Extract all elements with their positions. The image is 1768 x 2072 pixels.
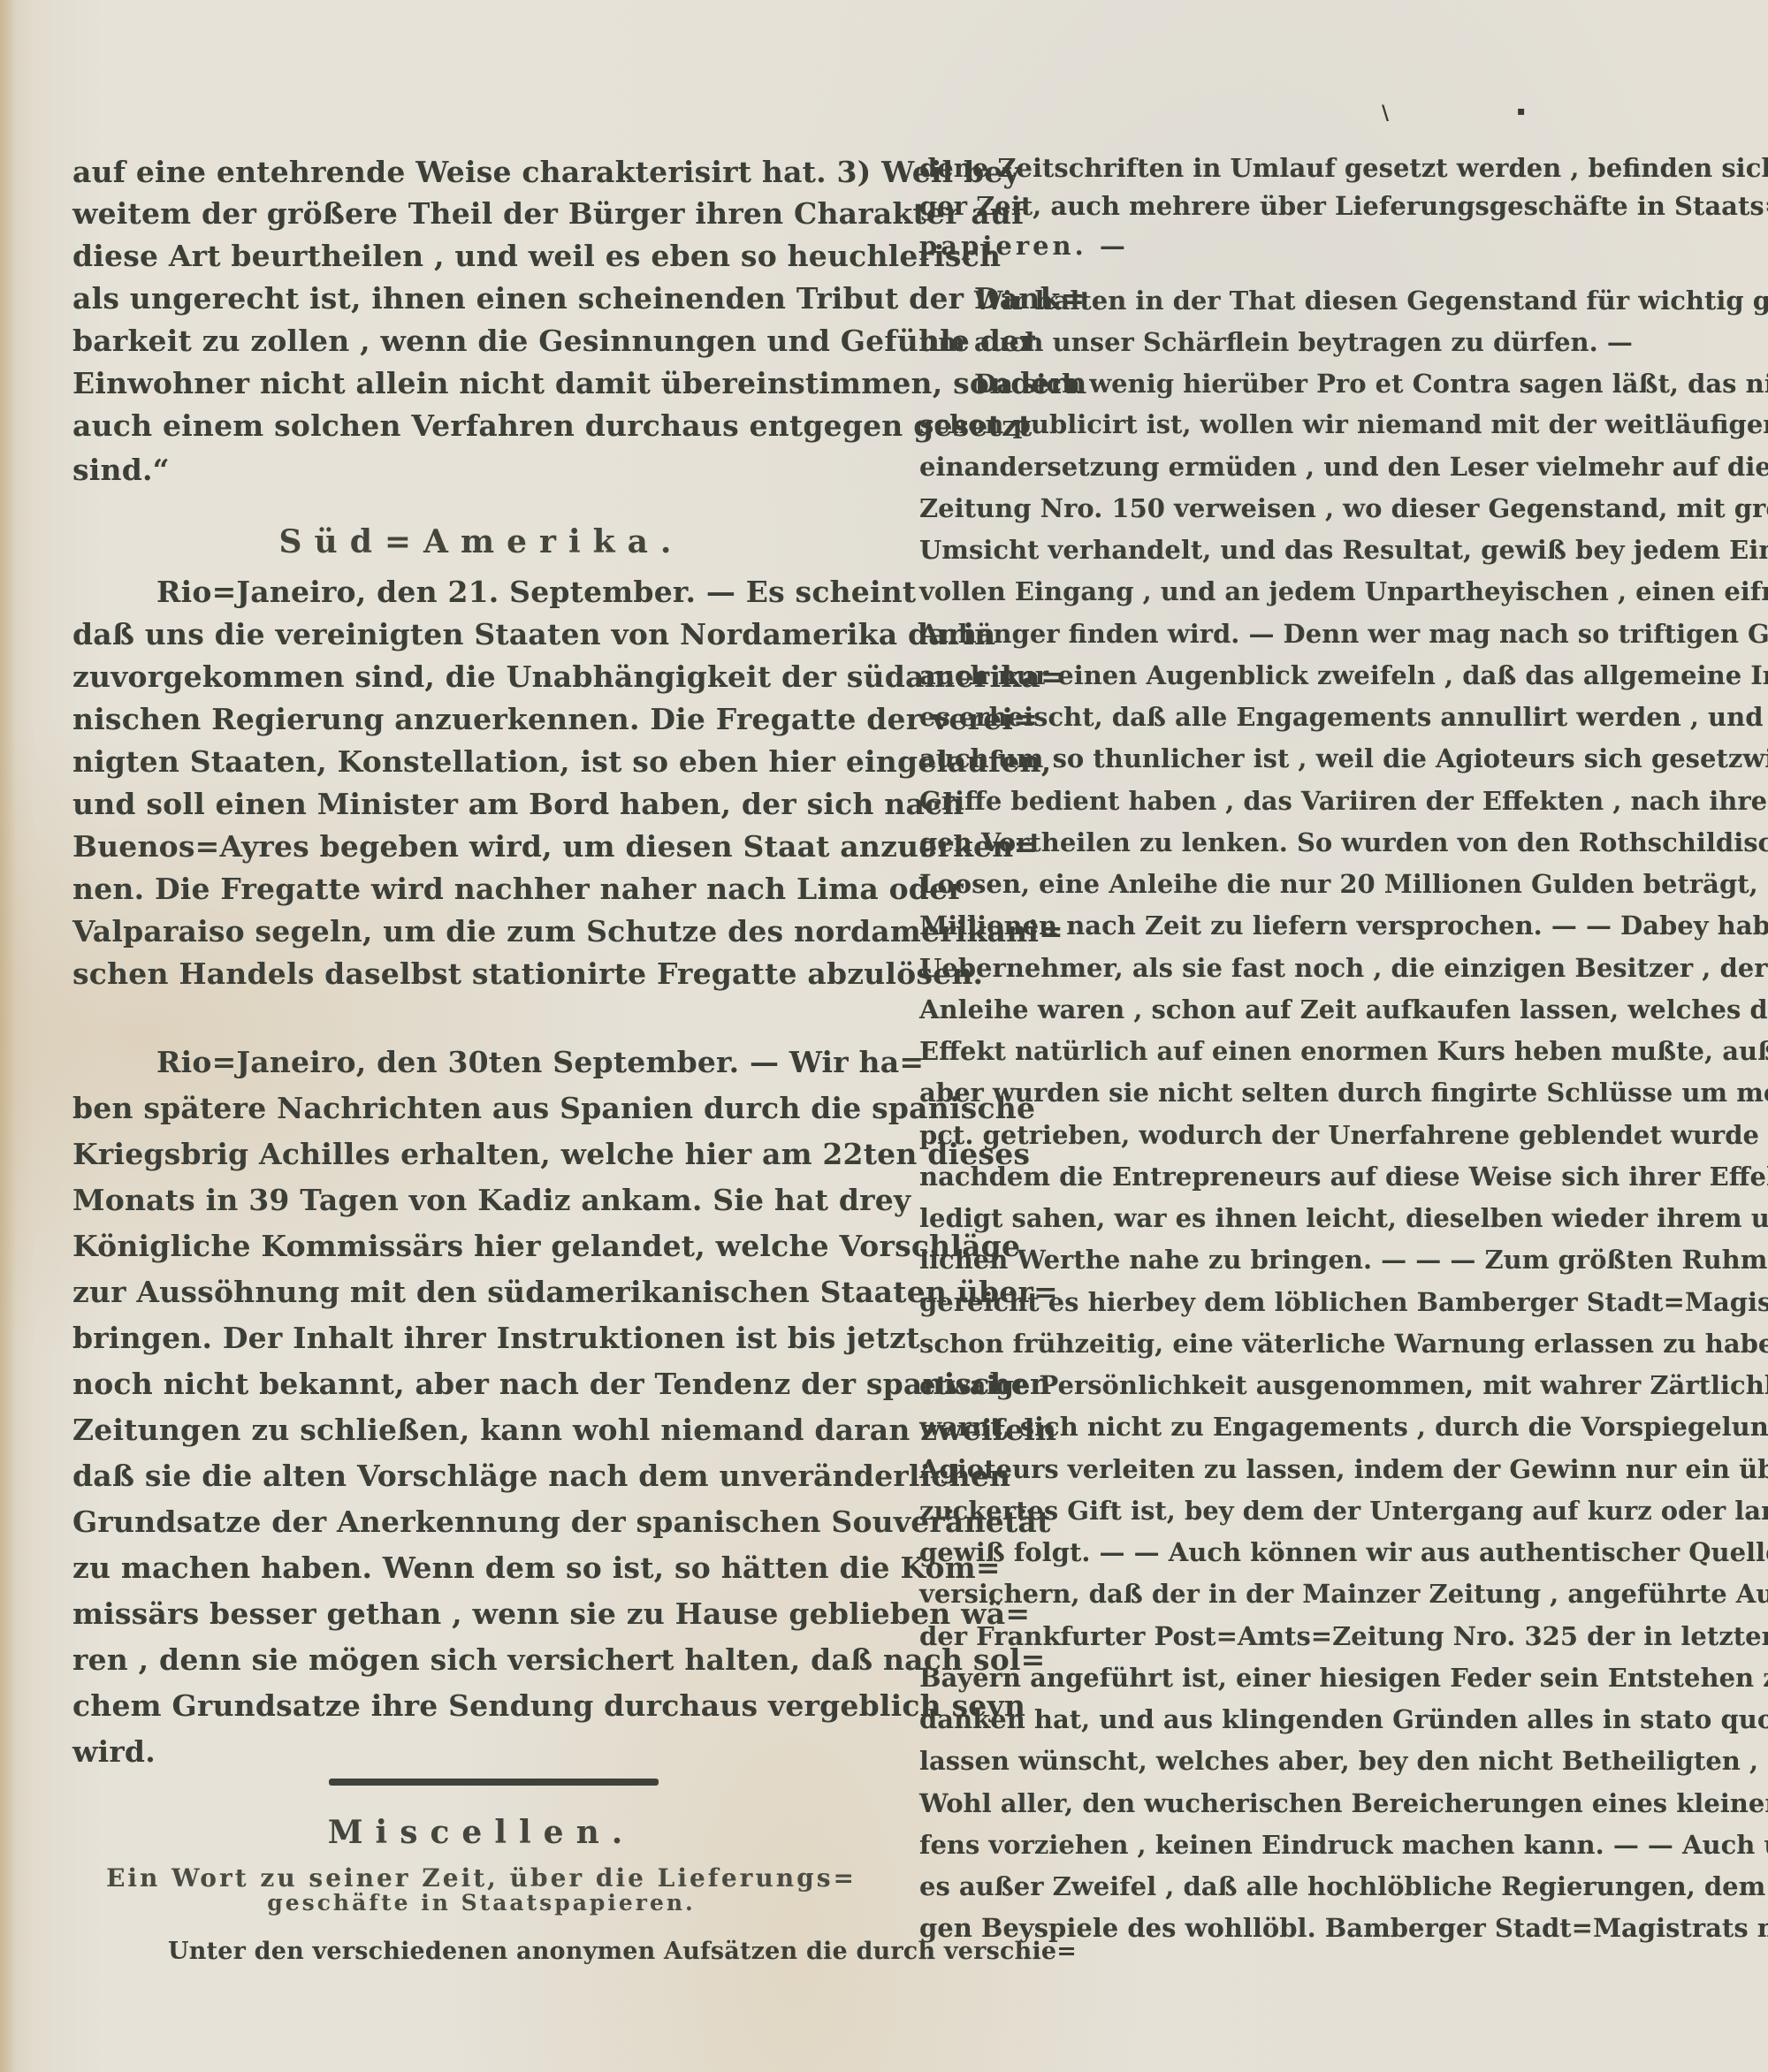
text-line: Effekt natürlich auf einen enormen Kurs … [919, 1033, 1731, 1069]
text-line: Griffe bedient haben , das Variiren der … [919, 783, 1731, 819]
text-line: nachdem die Entrepreneurs auf diese Weis… [919, 1159, 1731, 1194]
text-line: auf eine entehrende Weise charakterisirt… [72, 155, 890, 190]
text-line: Einwohner nicht allein nicht damit übere… [72, 366, 890, 401]
text-line: ger Zeit, auch mehrere über Lieferungsge… [919, 188, 1731, 224]
text-line: Monats in 39 Tagen von Kadiz ankam. Sie … [72, 1183, 890, 1218]
text-line: Anleihe waren , schon auf Zeit aufkaufen… [919, 992, 1731, 1027]
text-line: ledigt sahen, war es ihnen leicht, diese… [919, 1200, 1731, 1236]
text-line: papieren. — [919, 228, 1731, 263]
text-line: pct. getrieben, wodurch der Unerfahrene … [919, 1117, 1731, 1153]
text-line: Unter den verschiedenen anonymen Aufsätz… [168, 1934, 890, 1969]
text-line: noch nicht bekannt, aber nach der Tenden… [72, 1367, 890, 1402]
dateline-line: Rio=Janeiro, den 30ten September. — Wir … [72, 1045, 890, 1080]
text-line: wird. [72, 1734, 890, 1770]
text-line: danken hat, und aus klingenden Gründen a… [919, 1702, 1731, 1737]
text-line: diese Art beurtheilen , und weil es eben… [72, 239, 890, 274]
text-line: Agioteurs verleiten zu lassen, indem der… [919, 1451, 1731, 1487]
text-line: Wohl aller, den wucherischen Bereicherun… [919, 1786, 1731, 1821]
text-line: fens vorziehen , keinen Eindruck machen … [919, 1827, 1731, 1863]
article-title-line: geschäfte in Staatspapieren. [72, 1890, 890, 1916]
section-heading-miscellen: Miscellen. [72, 1814, 890, 1851]
text-line: und soll einen Minister am Bord haben, d… [72, 787, 890, 822]
text-line: Zeitungen zu schließen, kann wohl nieman… [72, 1413, 890, 1448]
text-line: vollen Eingang , und an jedem Unpartheyi… [919, 574, 1731, 609]
text-line: um auch unser Schärflein beytragen zu dü… [919, 324, 1731, 360]
text-line: gereicht es hierbey dem löblichen Bamber… [919, 1284, 1731, 1320]
printer-mark: \ [1382, 102, 1389, 125]
text-line: Grundsatze der Anerkennung der spanische… [72, 1504, 890, 1540]
text-line: nischen Regierung anzuerkennen. Die Freg… [72, 702, 890, 737]
text-line: schon publicirt ist, wollen wir niemand … [919, 407, 1731, 442]
text-line: als ungerecht ist, ihnen einen scheinend… [72, 281, 890, 316]
text-line: nigten Staaten, Konstellation, ist so eb… [72, 744, 890, 780]
dateline-line: Rio=Janeiro, den 21. September. — Es sch… [72, 575, 890, 610]
text-line: Königliche Kommissärs hier gelandet, wel… [72, 1229, 890, 1264]
text-line: es außer Zweifel , daß alle hochlöbliche… [919, 1869, 1731, 1904]
text-line: Loosen, eine Anleihe die nur 20 Millione… [919, 866, 1731, 902]
text-line: gewiß folgt. — — Auch können wir aus aut… [919, 1535, 1731, 1570]
text-line: gen Vortheilen zu lenken. So wurden von … [919, 825, 1731, 860]
text-line: nen. Die Fregatte wird nachher naher nac… [72, 872, 890, 907]
text-line: chem Grundsatze ihre Sendung durchaus ve… [72, 1688, 890, 1724]
text-line: Valparaiso segeln, um die zum Schutze de… [72, 914, 890, 949]
text-line: missärs besser gethan , wenn sie zu Haus… [72, 1596, 890, 1632]
text-line: versichern, daß der in der Mainzer Zeitu… [919, 1576, 1731, 1611]
text-line: lassen wünscht, welches aber, bey den ni… [919, 1743, 1731, 1779]
text-line: Bayern angeführt ist, einer hiesigen Fed… [919, 1660, 1731, 1695]
text-line: weitem der größere Theil der Bürger ihre… [72, 196, 890, 232]
text-line: Uebernehmer, als sie fast noch , die ein… [919, 950, 1731, 986]
text-line: zur Aussöhnung mit den südamerikanischen… [72, 1275, 890, 1310]
section-divider-rule [329, 1779, 659, 1786]
text-line: auch einem solchen Verfahren durchaus en… [72, 408, 890, 444]
text-line: dene Zeitschriften in Umlauf gesetzt wer… [919, 150, 1731, 186]
text-line: einandersetzung ermüden , und den Leser … [919, 449, 1731, 484]
text-line: Da sich wenig hierüber Pro et Contra sag… [919, 366, 1731, 401]
text-line: bringen. Der Inhalt ihrer Instruktionen … [72, 1321, 890, 1356]
text-line: warnt, sich nicht zu Engagements , durch… [919, 1409, 1731, 1444]
text-line: sind.“ [72, 453, 890, 488]
text-line: auch um so thunlicher ist , weil die Agi… [919, 741, 1731, 776]
text-line: Kriegsbrig Achilles erhalten, welche hie… [72, 1137, 890, 1172]
text-line: schon frühzeitig, eine väterliche Warnun… [919, 1326, 1731, 1361]
text-line: aber wurden sie nicht selten durch fingi… [919, 1075, 1731, 1110]
text-line: auch nur einen Augenblick zweifeln , daß… [919, 658, 1731, 693]
text-line: barkeit zu zollen , wenn die Gesinnungen… [72, 324, 890, 359]
text-line: es erheischt, daß alle Engagements annul… [919, 699, 1731, 735]
text-line: Millionen nach Zeit zu liefern versproch… [919, 908, 1731, 943]
page-edge-shadow [0, 0, 16, 2072]
text-line: zuckertes Gift ist, bey dem der Untergan… [919, 1493, 1731, 1528]
printer-mark: ▪ [1517, 104, 1526, 118]
text-line: ben spätere Nachrichten aus Spanien durc… [72, 1091, 890, 1126]
text-line: zuvorgekommen sind, die Unabhängigkeit d… [72, 659, 890, 695]
text-line: daß uns die vereinigten Staaten von Nord… [72, 617, 890, 652]
text-line: schen Handels daselbst stationirte Frega… [72, 956, 890, 992]
text-line: ren , denn sie mögen sich versichert hal… [72, 1642, 890, 1678]
text-line: Wir halten in der That diesen Gegenstand… [919, 283, 1731, 318]
text-line: gen Beyspiele des wohllöbl. Bamberger St… [919, 1910, 1731, 1946]
text-line: lichen Werthe nahe zu bringen. — — — Zum… [919, 1242, 1731, 1277]
article-title-line: Ein Wort zu seiner Zeit, über die Liefer… [72, 1863, 890, 1893]
text-line: Zeitung Nro. 150 verweisen , wo dieser G… [919, 491, 1731, 526]
text-line: Umsicht verhandelt, und das Resultat, ge… [919, 532, 1731, 568]
text-line: zu machen haben. Wenn dem so ist, so hät… [72, 1550, 890, 1586]
text-line: Anhänger finden wird. — Denn wer mag nac… [919, 616, 1731, 651]
text-line: Buenos=Ayres begeben wird, um diesen Sta… [72, 829, 890, 865]
text-line: etwaige Persönlichkeit ausgenommen, mit … [919, 1367, 1731, 1403]
section-heading-sued-amerika: Süd=Amerika. [72, 523, 890, 560]
text-line: der Frankfurter Post=Amts=Zeitung Nro. 3… [919, 1619, 1731, 1654]
text-line: daß sie die alten Vorschläge nach dem un… [72, 1459, 890, 1494]
